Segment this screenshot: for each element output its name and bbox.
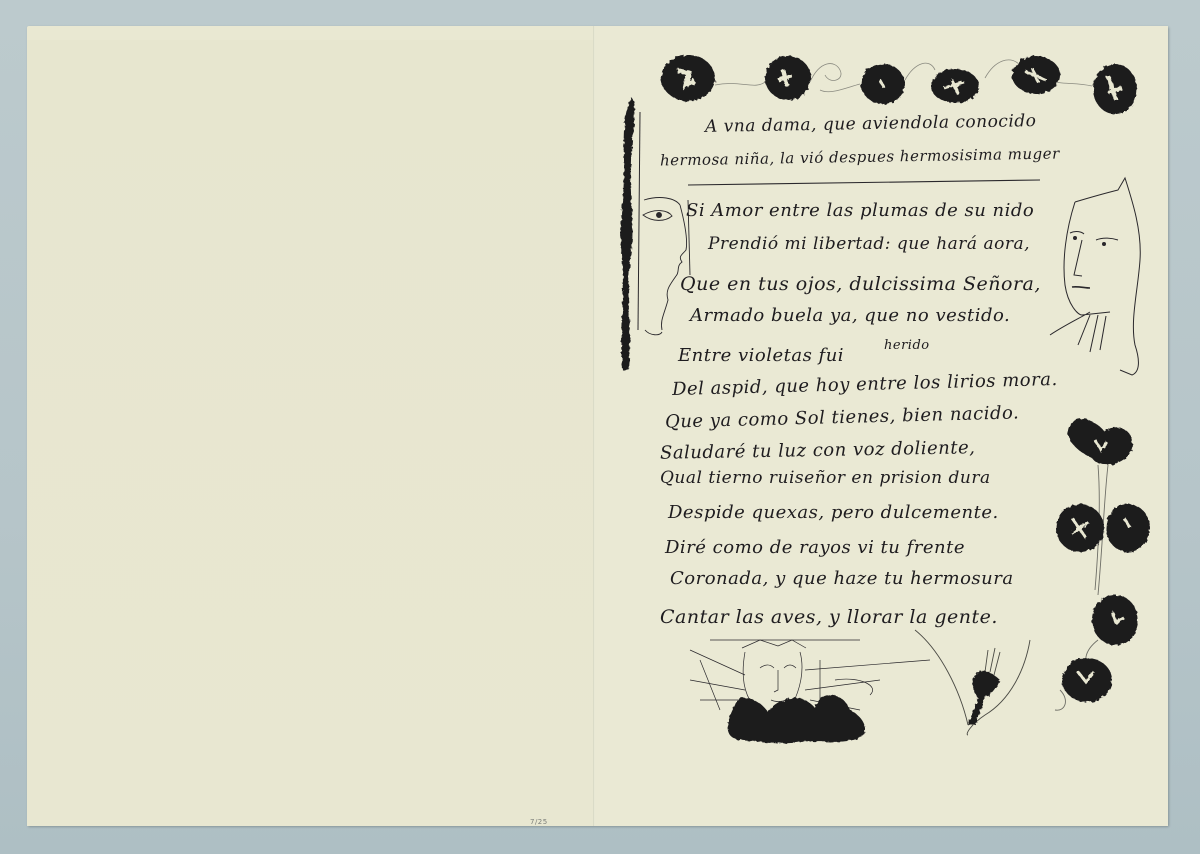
right-violet-border — [1055, 419, 1150, 711]
veiled-woman-drawing — [1050, 178, 1140, 375]
violet-blossom-icon — [931, 69, 979, 103]
violet-blossom-icon — [1106, 504, 1150, 552]
lily-flower-drawing — [915, 630, 1030, 735]
violet-blossom-icon — [1056, 504, 1104, 552]
top-violet-border — [661, 55, 1137, 114]
left-ink-column — [621, 98, 640, 370]
violet-blossom-icon — [1068, 419, 1132, 465]
violet-blossom-icon — [1092, 595, 1138, 645]
violet-blossom-icon — [861, 64, 905, 104]
profile-face-drawing — [643, 198, 690, 335]
violet-blossom-icon — [1012, 56, 1060, 94]
violet-blossom-icon — [1093, 64, 1137, 114]
violet-blossom-icon — [1062, 658, 1112, 702]
violet-blossom-icon — [661, 55, 715, 101]
title-rule — [688, 180, 1040, 185]
crowned-face-drawing — [690, 640, 930, 743]
illustrations-layer — [0, 0, 1200, 854]
violet-blossom-icon — [765, 56, 811, 100]
